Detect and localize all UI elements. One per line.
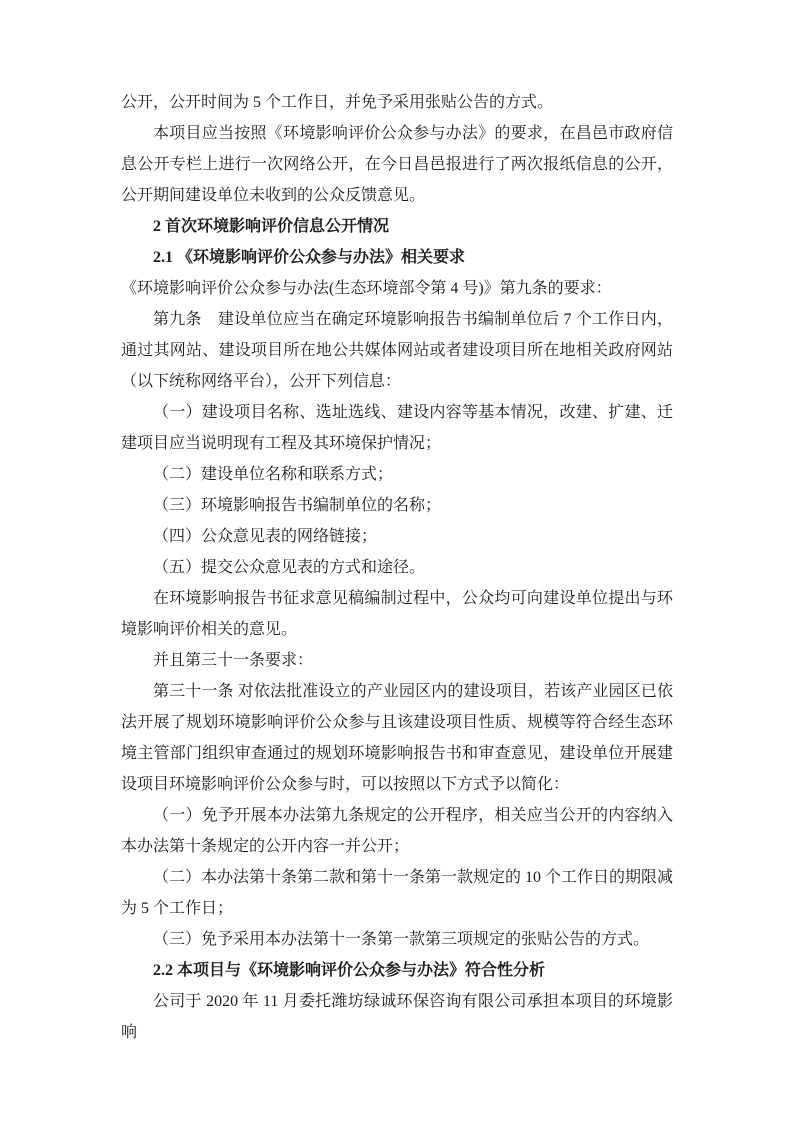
paragraph: 第三十一条 对依法批准设立的产业园区内的建设项目，若该产业园区已依法开展了规划环… xyxy=(121,676,673,800)
paragraph: 第九条 建设单位应当在确定环境影响报告书编制单位后 7 个工作日内，通过其网站、… xyxy=(121,304,673,397)
list-item-5: （五）提交公众意见表的方式和途径。 xyxy=(121,552,673,583)
paragraph: 在环境影响报告书征求意见稿编制过程中，公众均可向建设单位提出与环境影响评价相关的… xyxy=(121,583,673,645)
paragraph: 《环境影响评价公众参与办法(生态环境部令第 4 号)》第九条的要求： xyxy=(121,273,673,304)
section-heading-2-1: 2.1 《环境影响评价公众参与办法》相关要求 xyxy=(121,242,673,273)
section-heading-2-2: 2.2 本项目与《环境影响评价公众参与办法》符合性分析 xyxy=(121,955,673,986)
document-content: 公开，公开时间为 5 个工作日，并免予采用张贴公告的方式。 本项目应当按照《环境… xyxy=(121,87,673,1048)
list-item-3: （三）免予采用本办法第十一条第一款第三项规定的张贴公告的方式。 xyxy=(121,924,673,955)
list-item-1: （一）建设项目名称、选址选线、建设内容等基本情况，改建、扩建、迁建项目应当说明现… xyxy=(121,397,673,459)
list-item-4: （四）公众意见表的网络链接； xyxy=(121,521,673,552)
section-heading-2: 2 首次环境影响评价信息公开情况 xyxy=(121,211,673,242)
paragraph: 本项目应当按照《环境影响评价公众参与办法》的要求，在昌邑市政府信息公开专栏上进行… xyxy=(121,118,673,211)
list-item-2: （二）建设单位名称和联系方式； xyxy=(121,459,673,490)
list-item-1: （一）免予开展本办法第九条规定的公开程序，相关应当公开的内容纳入本办法第十条规定… xyxy=(121,800,673,862)
paragraph: 公司于 2020 年 11 月委托潍坊绿诚环保咨询有限公司承担本项目的环境影响 xyxy=(121,986,673,1048)
list-item-3: （三）环境影响报告书编制单位的名称； xyxy=(121,490,673,521)
list-item-2: （二）本办法第十条第二款和第十一条第一款规定的 10 个工作日的期限减为 5 个… xyxy=(121,862,673,924)
paragraph: 并且第三十一条要求： xyxy=(121,645,673,676)
paragraph-continued: 公开，公开时间为 5 个工作日，并免予采用张贴公告的方式。 xyxy=(121,87,673,118)
document-page: 公开，公开时间为 5 个工作日，并免予采用张贴公告的方式。 本项目应当按照《环境… xyxy=(0,0,794,1123)
